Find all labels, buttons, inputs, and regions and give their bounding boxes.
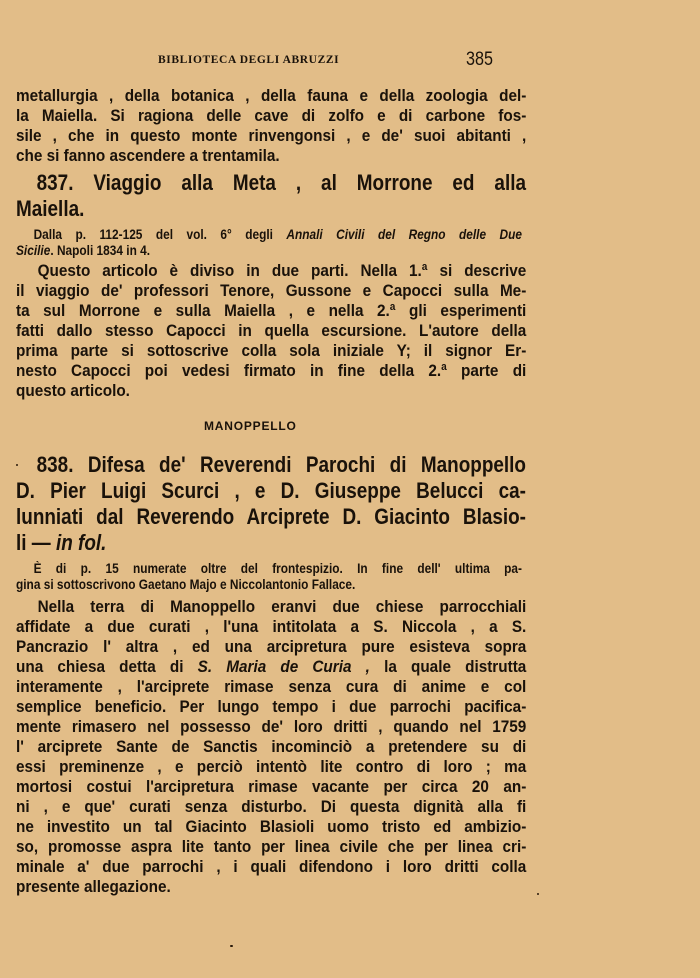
text-line: prima parte si sottoscrive colla sola in… [16,341,526,361]
running-title: BIBLIOTECA DEGLI ABRUZZI [158,54,339,66]
format-note: in fol. [56,530,106,555]
note-line: Sicilie. Napoli 1834 in 4. [16,243,522,259]
title-line: 837. Viaggio alla Meta , al Morrone ed a… [16,170,526,196]
page-number: 385 [466,49,493,71]
text-line: semplice beneficio. Per lungo tempo i du… [16,697,526,717]
entry-837-body: Questo articolo è diviso in due parti. N… [16,261,526,401]
text-line: sile , che in questo monte rinvengonsi ,… [16,126,526,146]
text-line: minale a' due parrochi , i quali difendo… [16,857,526,877]
journal-title: Annali Civili del Regno delle Due [286,227,522,242]
entry-838-note: È di p. 15 numerate oltre del frontespiz… [16,561,522,593]
text-line: Pancrazio l' altra , ed una arcipretura … [16,637,526,657]
note-line: gina si sottoscrivono Gaetano Majo e Nic… [16,577,522,593]
text-line: mortosi costui l'arcipretura rimase vaca… [16,777,526,797]
section-heading: MANOPPELLO [204,419,297,433]
text-line: Nella terra di Manoppello eranvi due chi… [16,597,526,617]
entry-838-title: 838. Difesa de' Reverendi Parochi di Man… [16,452,526,556]
title-line: lunniati dal Reverendo Arciprete D. Giac… [16,504,526,530]
text-line: Questo articolo è diviso in due parti. N… [16,261,526,281]
continuation-paragraph: metallurgia , della botanica , della fau… [16,86,526,166]
running-head: BIBLIOTECA DEGLI ABRUZZI 385 [158,50,528,70]
text-line: questo articolo. [16,381,526,401]
text-line: ta sul Morrone e sulla Maiella , e nella… [16,301,526,321]
text-line: il viaggio de' professori Tenore, Gusson… [16,281,526,301]
entry-837-note: Dalla p. 112-125 del vol. 6° degli Annal… [16,227,522,259]
print-speck [16,464,18,466]
title-line: D. Pier Luigi Scurci , e D. Giuseppe Bel… [16,478,526,504]
church-name: S. Maria de Curia , [198,657,370,676]
text-line: fatti dallo stesso Capocci in quella esc… [16,321,526,341]
text-line: l' arciprete Sante de Sanctis incominciò… [16,737,526,757]
text-line: ni , e que' curati senza disturbo. Di qu… [16,797,526,817]
text-line: interamente , l'arciprete rimase senza c… [16,677,526,697]
journal-title-cont: Sicilie [16,243,50,258]
entry-837-title: 837. Viaggio alla Meta , al Morrone ed a… [16,170,526,222]
text-line: ne investito un tal Giacinto Blasioli uo… [16,817,526,837]
text-line: la Maiella. Si ragiona delle cave di zol… [16,106,526,126]
text-line: nesto Capocci poi vedesi firmato in fine… [16,361,526,381]
title-line: Maiella. [16,196,526,222]
text-line: una chiesa detta di S. Maria de Curia , … [16,657,526,677]
note-line: Dalla p. 112-125 del vol. 6° degli Annal… [16,227,522,243]
print-speck [537,893,539,895]
entry-838-body: Nella terra di Manoppello eranvi due chi… [16,597,526,897]
text-line: essi preminenze , e perciò intentò lite … [16,757,526,777]
print-speck [230,945,233,947]
text-line: so, promosse aspra lite tanto per linea … [16,837,526,857]
text-line: mente rimasero nel possesso de' loro dri… [16,717,526,737]
text-line: metallurgia , della botanica , della fau… [16,86,526,106]
text-line: affidate a due curati , l'una intitolata… [16,617,526,637]
text-line: presente allegazione. [16,877,526,897]
title-line: 838. Difesa de' Reverendi Parochi di Man… [16,452,526,478]
title-line: li — in fol. [16,530,526,556]
text-line: che si fanno ascendere a trentamila. [16,146,526,166]
note-line: È di p. 15 numerate oltre del frontespiz… [16,561,522,577]
